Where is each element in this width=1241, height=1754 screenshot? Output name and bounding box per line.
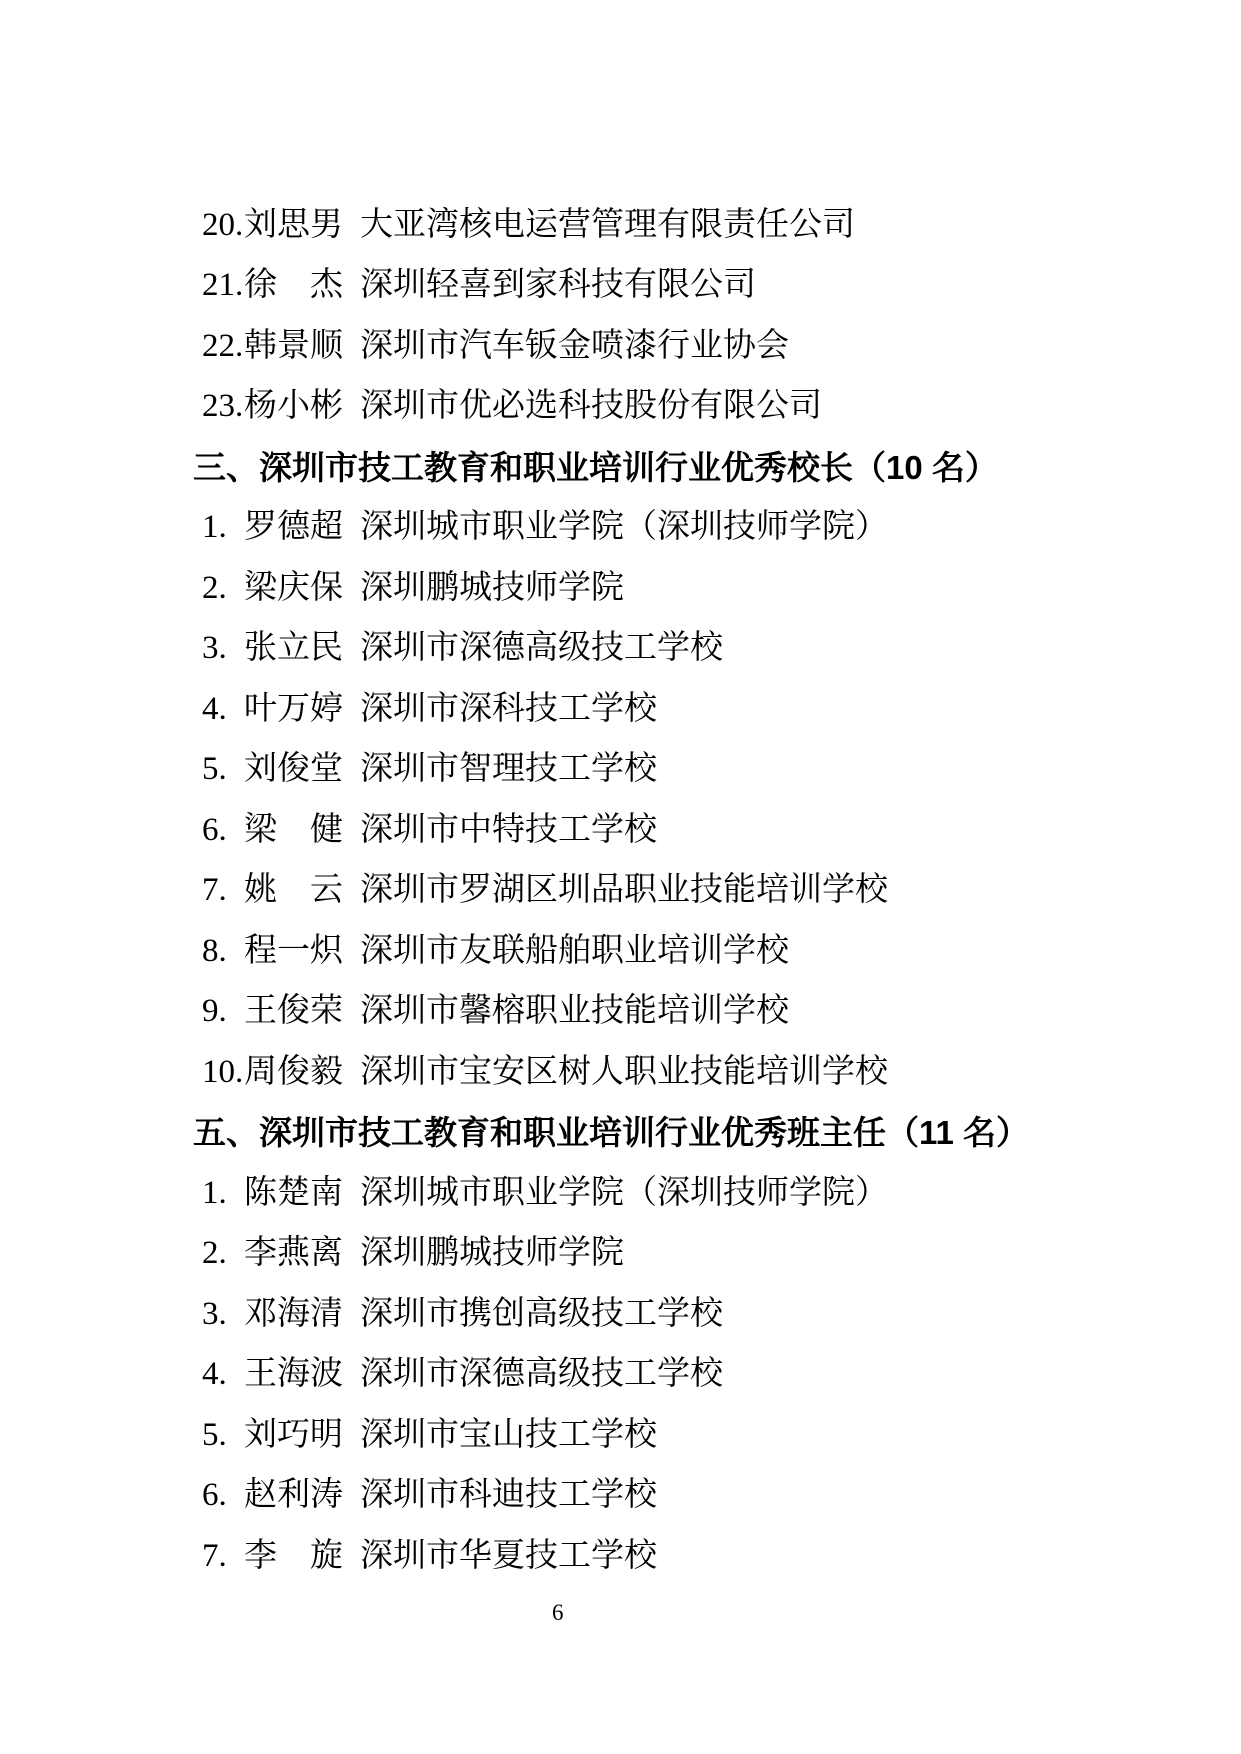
list-item: 6. 梁 健 深圳市中特技工学校: [0, 800, 1241, 861]
organization-name: 深圳鹏城技师学院: [360, 1237, 624, 1270]
organization-name: 深圳城市职业学院（深圳技师学院）: [360, 511, 888, 544]
person-name: 邓海清: [244, 1298, 343, 1331]
person-name: 王海波: [244, 1358, 343, 1391]
list-item: 10. 周俊毅 深圳市宝安区树人职业技能培训学校: [0, 1042, 1241, 1103]
person-name: 李燕离: [244, 1237, 343, 1270]
list-item: 7. 姚 云 深圳市罗湖区圳品职业技能培训学校: [0, 861, 1241, 922]
organization-name: 深圳市宝山技工学校: [360, 1419, 657, 1452]
organization-name: 深圳市深科技工学校: [360, 693, 657, 726]
person-name: 张立民: [244, 632, 343, 665]
list-item: 8. 程一炽 深圳市友联船舶职业培训学校: [0, 921, 1241, 982]
section-heading: 五、深圳市技工教育和职业培训行业优秀班主任（11 名）: [0, 1103, 1241, 1164]
person-name: 李 旋: [244, 1540, 343, 1573]
item-number: 23.: [202, 390, 244, 423]
item-number: 2.: [202, 572, 244, 605]
list-item: 5. 刘巧明 深圳市宝山技工学校: [0, 1405, 1241, 1466]
organization-name: 深圳市深德高级技工学校: [360, 632, 723, 665]
person-name: 姚 云: [244, 874, 343, 907]
list-item: 3. 张立民 深圳市深德高级技工学校: [0, 619, 1241, 680]
person-name: 赵利涛: [244, 1479, 343, 1512]
item-number: 7.: [202, 874, 244, 907]
person-name: 罗德超: [244, 511, 343, 544]
item-number: 21.: [202, 269, 244, 302]
organization-name: 深圳市华夏技工学校: [360, 1540, 657, 1573]
item-number: 3.: [202, 632, 244, 665]
person-name: 徐 杰: [244, 269, 343, 302]
organization-name: 深圳市科迪技工学校: [360, 1479, 657, 1512]
person-name: 梁庆保: [244, 572, 343, 605]
list-item: 3. 邓海清 深圳市携创高级技工学校: [0, 1284, 1241, 1345]
organization-name: 深圳城市职业学院（深圳技师学院）: [360, 1177, 888, 1210]
list-item: 6. 赵利涛 深圳市科迪技工学校: [0, 1466, 1241, 1527]
list-item: 21. 徐 杰 深圳轻喜到家科技有限公司: [0, 256, 1241, 317]
organization-name: 深圳市中特技工学校: [360, 814, 657, 847]
item-number: 3.: [202, 1298, 244, 1331]
list-item: 5. 刘俊堂 深圳市智理技工学校: [0, 740, 1241, 801]
person-name: 刘俊堂: [244, 753, 343, 786]
person-name: 周俊毅: [244, 1056, 343, 1089]
organization-name: 深圳市优必选科技股份有限公司: [360, 390, 822, 423]
document-page: 20. 刘思男 大亚湾核电运营管理有限责任公司 21. 徐 杰 深圳轻喜到家科技…: [0, 0, 1241, 1754]
page-number: 6: [552, 1600, 564, 1626]
person-name: 韩景顺: [244, 330, 343, 363]
list-item: 4. 王海波 深圳市深德高级技工学校: [0, 1345, 1241, 1406]
person-name: 杨小彬: [244, 390, 343, 423]
list-item: 23. 杨小彬 深圳市优必选科技股份有限公司: [0, 377, 1241, 438]
person-name: 王俊荣: [244, 995, 343, 1028]
person-name: 叶万婷: [244, 693, 343, 726]
organization-name: 深圳轻喜到家科技有限公司: [360, 269, 756, 302]
organization-name: 深圳市罗湖区圳品职业技能培训学校: [360, 874, 888, 907]
organization-name: 深圳市馨榕职业技能培训学校: [360, 995, 789, 1028]
item-number: 6.: [202, 1479, 244, 1512]
list-item: 20. 刘思男 大亚湾核电运营管理有限责任公司: [0, 195, 1241, 256]
item-number: 5.: [202, 753, 244, 786]
organization-name: 深圳市深德高级技工学校: [360, 1358, 723, 1391]
list-item: 1. 陈楚南 深圳城市职业学院（深圳技师学院）: [0, 1163, 1241, 1224]
list-item: 22. 韩景顺 深圳市汽车钣金喷漆行业协会: [0, 316, 1241, 377]
item-number: 20.: [202, 209, 244, 242]
section-heading: 三、深圳市技工教育和职业培训行业优秀校长（10 名）: [0, 437, 1241, 498]
organization-name: 大亚湾核电运营管理有限责任公司: [360, 209, 855, 242]
item-number: 6.: [202, 814, 244, 847]
list-item: 4. 叶万婷 深圳市深科技工学校: [0, 679, 1241, 740]
document-body: 20. 刘思男 大亚湾核电运营管理有限责任公司 21. 徐 杰 深圳轻喜到家科技…: [0, 195, 1241, 1587]
person-name: 程一炽: [244, 935, 343, 968]
item-number: 9.: [202, 995, 244, 1028]
person-name: 刘巧明: [244, 1419, 343, 1452]
person-name: 刘思男: [244, 209, 343, 242]
organization-name: 深圳市智理技工学校: [360, 753, 657, 786]
item-number: 4.: [202, 1358, 244, 1391]
item-number: 4.: [202, 693, 244, 726]
organization-name: 深圳鹏城技师学院: [360, 572, 624, 605]
person-name: 梁 健: [244, 814, 343, 847]
list-item: 9. 王俊荣 深圳市馨榕职业技能培训学校: [0, 982, 1241, 1043]
item-number: 10.: [202, 1056, 244, 1089]
organization-name: 深圳市宝安区树人职业技能培训学校: [360, 1056, 888, 1089]
item-number: 1.: [202, 511, 244, 544]
item-number: 2.: [202, 1237, 244, 1270]
list-item: 1. 罗德超 深圳城市职业学院（深圳技师学院）: [0, 498, 1241, 559]
list-item: 7. 李 旋 深圳市华夏技工学校: [0, 1526, 1241, 1587]
item-number: 1.: [202, 1177, 244, 1210]
list-item: 2. 梁庆保 深圳鹏城技师学院: [0, 558, 1241, 619]
item-number: 7.: [202, 1540, 244, 1573]
person-name: 陈楚南: [244, 1177, 343, 1210]
item-number: 5.: [202, 1419, 244, 1452]
organization-name: 深圳市汽车钣金喷漆行业协会: [360, 330, 789, 363]
item-number: 22.: [202, 330, 244, 363]
item-number: 8.: [202, 935, 244, 968]
organization-name: 深圳市友联船舶职业培训学校: [360, 935, 789, 968]
list-item: 2. 李燕离 深圳鹏城技师学院: [0, 1224, 1241, 1285]
organization-name: 深圳市携创高级技工学校: [360, 1298, 723, 1331]
